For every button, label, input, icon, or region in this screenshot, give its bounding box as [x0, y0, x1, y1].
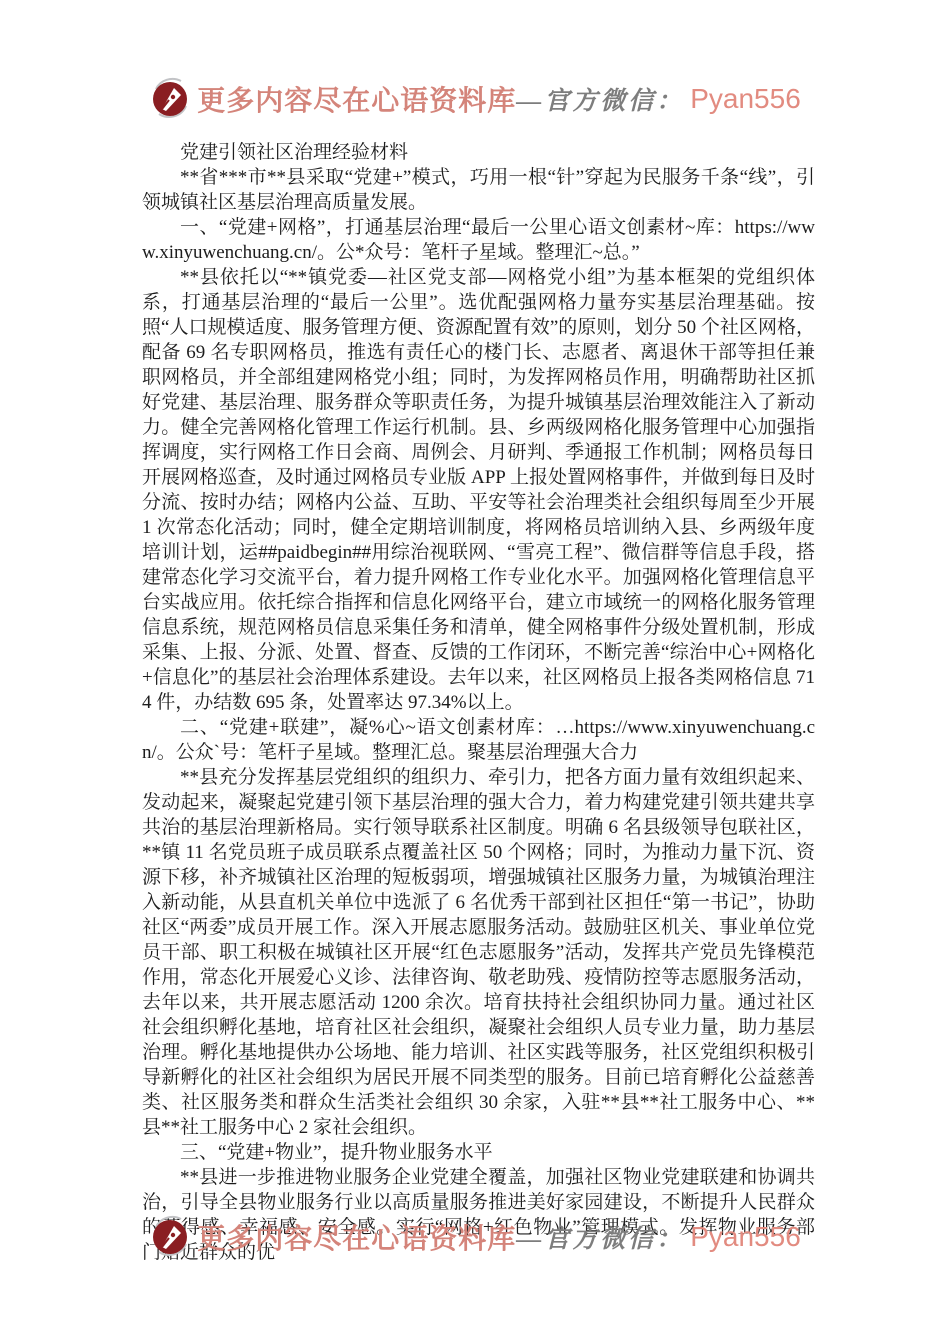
watermark-site-text: 更多内容尽在心语资料库	[197, 79, 516, 119]
section-heading-2: 二、“党建+联建”，凝%心~语文创素材库：…https://www.xinyuw…	[142, 715, 815, 765]
watermark-site-text: 更多内容尽在心语资料库	[197, 1217, 516, 1257]
pen-nib-logo-icon	[149, 76, 191, 122]
footer-watermark: 更多内容尽在心语资料库 —官方微信： Pyan556	[0, 1214, 950, 1260]
paragraph-section-2: **县充分发挥基层党组织的组织力、牵引力，把各方面力量有效组织起来、发动起来，凝…	[142, 765, 815, 1140]
document-page: 更多内容尽在心语资料库 —官方微信： Pyan556 党建引领社区治理经验材料 …	[0, 0, 950, 1344]
header-watermark: 更多内容尽在心语资料库 —官方微信： Pyan556	[0, 76, 950, 122]
pen-nib-logo-icon	[149, 1214, 191, 1260]
watermark-wechat-id: Pyan556	[690, 83, 801, 115]
paragraph-section-1: **县依托以“**镇党委—社区党支部—网格党小组”为基本框架的党组织体系，打通基…	[142, 265, 815, 715]
document-title: 党建引领社区治理经验材料	[142, 140, 815, 165]
document-body: 党建引领社区治理经验材料 **省***市**县采取“党建+”模式，巧用一根“针”…	[142, 140, 815, 1265]
section-heading-3: 三、“党建+物业”，提升物业服务水平	[142, 1140, 815, 1165]
paragraph-intro: **省***市**县采取“党建+”模式，巧用一根“针”穿起为民服务千条“线”，引…	[142, 165, 815, 215]
watermark-wechat-id: Pyan556	[690, 1221, 801, 1253]
section-heading-1: 一、“党建+网格”，打通基层治理“最后一公里心语文创素材~库：https://w…	[142, 215, 815, 265]
watermark-wechat-label: —官方微信：	[516, 81, 684, 117]
watermark-wechat-label: —官方微信：	[516, 1219, 684, 1255]
